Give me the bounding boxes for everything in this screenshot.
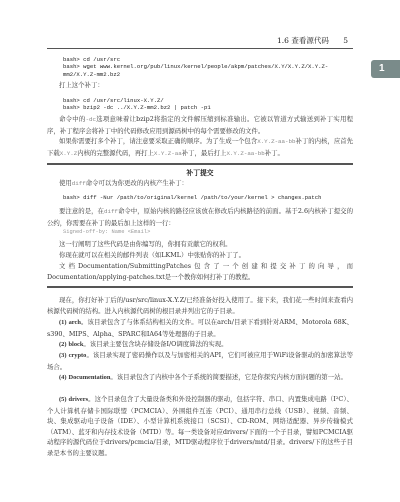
dir-item-arch: (1) arch。该目录包含了与体系结构相关的文件。可以在arch/目录下看到针…	[47, 317, 353, 339]
code-line: bash> cd /usr/src	[63, 56, 328, 63]
dir-description: 。该目录包含了内核中各个子系统的简要描述，它是你探究内核方面问题的第一站。	[110, 373, 346, 381]
code-line: bash> wget www.kernel.org/pub/linux/kern…	[63, 63, 328, 70]
text: 要注意的是，在	[59, 207, 104, 215]
item-number: (3)	[59, 352, 66, 359]
paragraph-dc-option: 命令中的-dc选项意味着让bzip2将指定的文件解压缩到标准输出。它被以管道方式…	[47, 114, 353, 136]
sidebar-bottom-rule	[47, 286, 353, 288]
dir-item-drivers: (5) drivers。这个目录包含了大量设备类和外设控制器的驱动，包括字符、串…	[47, 394, 353, 459]
sidebar-top-rule	[47, 163, 353, 165]
section-title: 1.6 查看源代码	[277, 36, 329, 45]
inline-code: X.Y.Z-aa-bb	[257, 138, 295, 145]
sidebar-para-order: 要注意的是，在diff命令中，原始内核的路径应该放在修改后内核路径的前面。基于2…	[47, 206, 353, 228]
inline-code: X.Y.Z	[60, 150, 77, 157]
code-block-diff: bash> diff -Nur /path/to/original/kernel…	[63, 194, 321, 201]
chapter-tab: 1	[371, 60, 400, 78]
code-line: bash> cd /usr/src/linux-X.Y.Z/	[63, 97, 211, 104]
item-number: (2)	[59, 341, 66, 348]
sidebar-para-mailing-list: 你现在就可以在相关的邮件列表（如LKML）中张贴你的补丁了。	[47, 250, 353, 261]
item-number: (4)	[59, 374, 66, 381]
inline-code: -dc	[86, 116, 96, 123]
inline-code: diff	[104, 208, 118, 215]
text: 补丁，最后打上	[182, 149, 227, 157]
dir-item-block: (2) block。该目录主要包含块存储设备I/O调度算法的实现。	[47, 339, 353, 351]
dir-name: Documentation	[69, 374, 111, 381]
text: 补丁。	[265, 149, 284, 157]
code-line: bash> bzip2 -dc ../X.Y.Z-mm2.bz2 | patch…	[63, 104, 211, 111]
book-page: 1.6 查看源代码 5 1 bash> cd /usr/srcbash> wge…	[0, 0, 400, 502]
text: 内核的完整源代码，再打上	[77, 149, 154, 157]
dir-description: 。该目录主要包含块存储设备I/O调度算法的实现。	[83, 340, 227, 348]
running-header: 1.6 查看源代码 5	[47, 36, 353, 49]
dir-name: arch	[69, 319, 81, 326]
page-number: 5	[343, 36, 348, 45]
text: 命令可以为你更改的内核产生补丁：	[86, 179, 188, 187]
dir-description: 。该目录包含了与体系结构相关的文件。可以在arch/目录下看到针对ARM、Mot…	[47, 318, 353, 338]
dir-item-crypto: (3) crypto。该目录实现了密码操作以及与加密相关的API，它们可被应用于…	[47, 350, 353, 372]
paragraph-multiple-patches: 如果你需要打多个补丁，请注意要采取正确的顺序。为了生成一个包含X.Y.Z-aa-…	[47, 136, 353, 159]
item-number: (1)	[59, 319, 66, 326]
inline-code: X.Y.Z-aa	[154, 150, 182, 157]
signed-off-line: Signed-off-by: Name <Email>	[63, 229, 150, 235]
inline-code: X.Y.Z-aa-bb	[226, 150, 264, 157]
inline-code: diff	[72, 180, 86, 187]
code-block-wget: bash> cd /usr/srcbash> wget www.kernel.o…	[63, 56, 328, 78]
sidebar-para-docs: 文档Documentation/SubmittingPatches包含了一个创建…	[47, 261, 353, 282]
sidebar-title: 补丁提交	[47, 167, 353, 177]
item-number: (5)	[59, 396, 66, 403]
dir-name: crypto	[69, 352, 87, 359]
dir-item-documentation: (4) Documentation。该目录包含了内核中各个子系统的简要描述，它是…	[47, 372, 353, 384]
code-line: mm2/X.Y.Z-mm2.bz2	[63, 71, 328, 78]
code-block-patch: bash> cd /usr/src/linux-X.Y.Z/bash> bzip…	[63, 97, 211, 112]
dir-description: 。这个目录包含了大量设备类和外设控制器的驱动，包括字符、串口、内置集成电路（I²…	[47, 395, 353, 457]
text: 命令中的	[59, 115, 86, 123]
text: 使用	[59, 179, 72, 187]
sidebar-para-diff: 使用diff命令可以为你更改的内核产生补丁：	[47, 178, 353, 190]
text: 如果你需要打多个补丁，请注意要采取正确的顺序。为了生成一个包含	[59, 137, 257, 145]
dir-name: block	[69, 341, 84, 348]
dir-name: drivers	[69, 396, 89, 403]
paragraph-apply-patch: 打上这个补丁：	[47, 80, 353, 91]
sidebar-para-ownership: 这一行阐明了这些代码是由你编写的，你拥有贡献它的权利。	[47, 239, 353, 250]
paragraph-source-tree: 现在，你打好补丁后的/usr/src/linux-X.Y.Z/已经准备好投入使用…	[47, 295, 353, 316]
dir-description: 。该目录实现了密码操作以及与加密相关的API，它们可被应用于WiFi设备驱动的加…	[47, 351, 353, 371]
